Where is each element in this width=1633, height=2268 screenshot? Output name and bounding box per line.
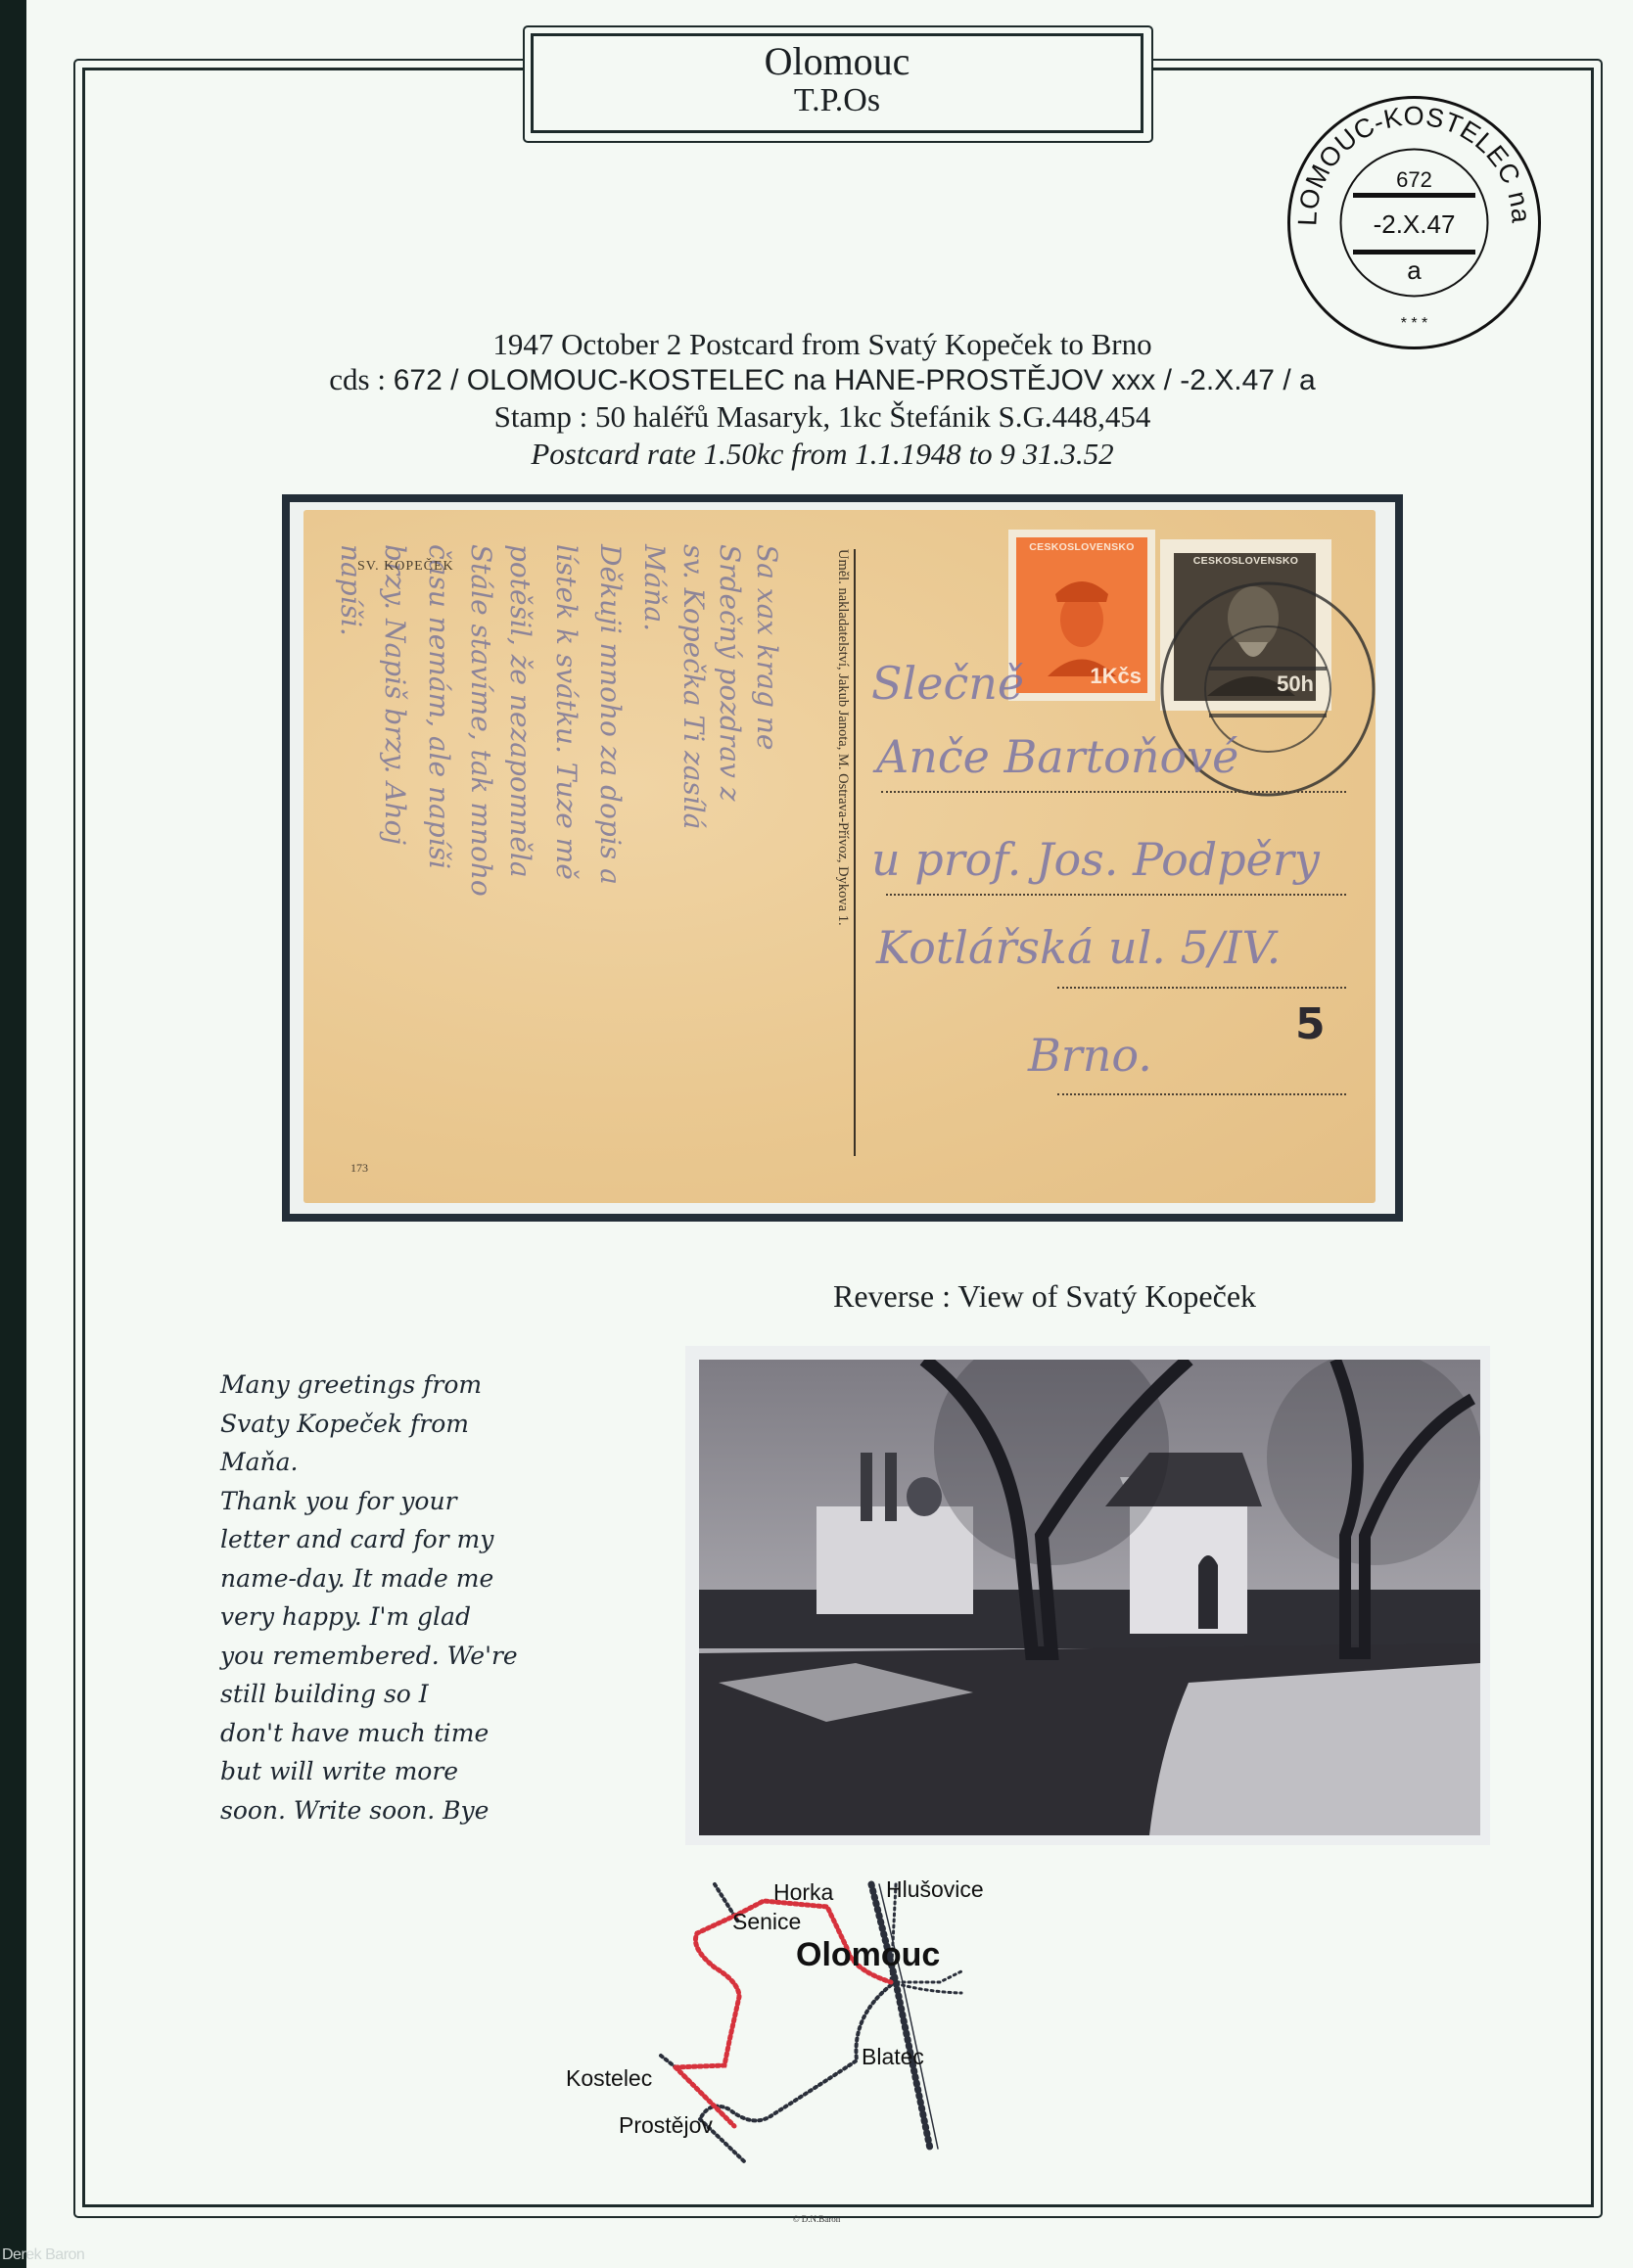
railway-route-map: Horka Hlušovice Senice Olomouc Blatec Ko… [548, 1870, 1018, 2163]
map-label-senice: Senice [732, 1909, 801, 1935]
map-label-prostejov: Prostějov [619, 2112, 713, 2139]
map-label-horka: Horka [773, 1879, 833, 1906]
reverse-photo [699, 1360, 1480, 1835]
address-rule [886, 894, 1346, 896]
translation-line: don't have much time [220, 1714, 592, 1753]
translation-line: soon. Write soon. Bye [220, 1791, 592, 1830]
address-line: Slečně [871, 657, 1024, 710]
address-line: Kotlářská ul. 5/IV. [876, 921, 1281, 974]
stamp-1kcs-stefanik: CESKOSLOVENSKO 1Kčs [1008, 530, 1155, 701]
watermark: Derek Baron [2, 2246, 84, 2264]
caption-cds-prefix: cds : [329, 362, 393, 396]
reverse-photo-frame [685, 1346, 1490, 1845]
svg-text:-2.X.47: -2.X.47 [1374, 209, 1456, 239]
album-binder-edge [0, 0, 26, 2268]
postmark-illustration: OLOMOUC-KOSTELEC na HANE-PROSTĚJOV 672 -… [1284, 93, 1544, 352]
caption-cds-value: 672 / OLOMOUC-KOSTELEC na HANE-PROSTĚJOV… [394, 364, 1316, 396]
copyright: © D.N.Baron [0, 2214, 1633, 2224]
translation-line: letter and card for my [220, 1520, 592, 1559]
map-label-kostelec: Kostelec [566, 2065, 652, 2092]
caption-rate: Postcard rate 1.50kc from 1.1.1948 to 9 … [98, 437, 1547, 472]
message-line: lístek k svátku. Tuze mě [550, 544, 583, 880]
handwritten-message: Sa xax krag neSrdečný pozdrav zsv. Kopeč… [323, 525, 832, 1200]
message-line: Děkuji mnoho za dopis a [594, 544, 627, 885]
postcard-place-title: SV. KOPEČEK [357, 559, 454, 575]
message-line: času nemám, ale napíši [423, 544, 455, 869]
address-rule [881, 791, 1346, 793]
address-rule [1057, 987, 1346, 989]
svg-text:OLOMOUC-KOSTELEC na HANE-PROST: OLOMOUC-KOSTELEC na HANE-PROSTĚJOV [1284, 93, 1536, 226]
portrait-icon [1038, 559, 1126, 676]
page-title: Olomouc [534, 40, 1141, 83]
caption-title: 1947 October 2 Postcard from Svatý Kopeč… [98, 327, 1547, 362]
message-line: brzy. Napiš brzy. Ahoj [379, 544, 411, 845]
message-line: Sa xax krag ne [751, 544, 783, 750]
address-rule [1057, 1093, 1346, 1095]
message-line: potěšil, že nezapomněla [504, 544, 537, 878]
translation-line: Maňa. [220, 1443, 592, 1482]
publisher-imprint: Uměl. nakladatelství, Jakub Janota, M. O… [837, 549, 853, 1156]
caption-stamps: Stamp : 50 haléřů Masaryk, 1kc Štefánik … [98, 399, 1547, 435]
map-label-blatec: Blatec [862, 2044, 924, 2070]
message-line: Stále stavíme, tak mnoho [465, 544, 497, 897]
postcard-divider [854, 549, 856, 1156]
translation-line: Thank you for your [220, 1482, 592, 1521]
address-line: u prof. Jos. Podpěry [871, 833, 1320, 886]
caption-cds: cds : 672 / OLOMOUC-KOSTELEC na HANE-PRO… [98, 362, 1547, 398]
svg-text:672: 672 [1396, 167, 1432, 192]
address-line: Brno. [1028, 1029, 1152, 1082]
message-line: Srdečný pozdrav z [714, 544, 746, 802]
sorting-mark: 5 [1295, 999, 1326, 1049]
svg-text:a: a [1407, 255, 1422, 285]
postcard-number: 173 [350, 1161, 368, 1176]
address-line: Anče Bartoňové [876, 730, 1238, 783]
postcard-mount: Sa xax krag neSrdečný pozdrav zsv. Kopeč… [282, 494, 1403, 1222]
message-line: Máňa. [638, 544, 671, 631]
translation-line: you remembered. We're [220, 1637, 592, 1676]
translation-line: very happy. I'm glad [220, 1597, 592, 1637]
title-box: Olomouc T.P.Os [531, 33, 1143, 133]
translation-line: Many greetings from [220, 1365, 592, 1405]
map-label-hlusovice: Hlušovice [886, 1876, 984, 1903]
translation-text: Many greetings fromSvaty Kopeček fromMaň… [220, 1365, 592, 1829]
message-line: sv. Kopečka Ti zasílá [677, 544, 710, 829]
postcard-front: Sa xax krag neSrdečný pozdrav zsv. Kopeč… [303, 510, 1376, 1203]
translation-line: but will write more [220, 1752, 592, 1791]
translation-line: still building so I [220, 1675, 592, 1714]
translation-line: Svaty Kopeček from [220, 1405, 592, 1444]
reverse-label: Reverse : View of Svatý Kopeček [833, 1278, 1256, 1315]
map-label-olomouc: Olomouc [796, 1936, 940, 1974]
page-subtitle: T.P.Os [534, 83, 1141, 118]
translation-line: name-day. It made me [220, 1559, 592, 1598]
